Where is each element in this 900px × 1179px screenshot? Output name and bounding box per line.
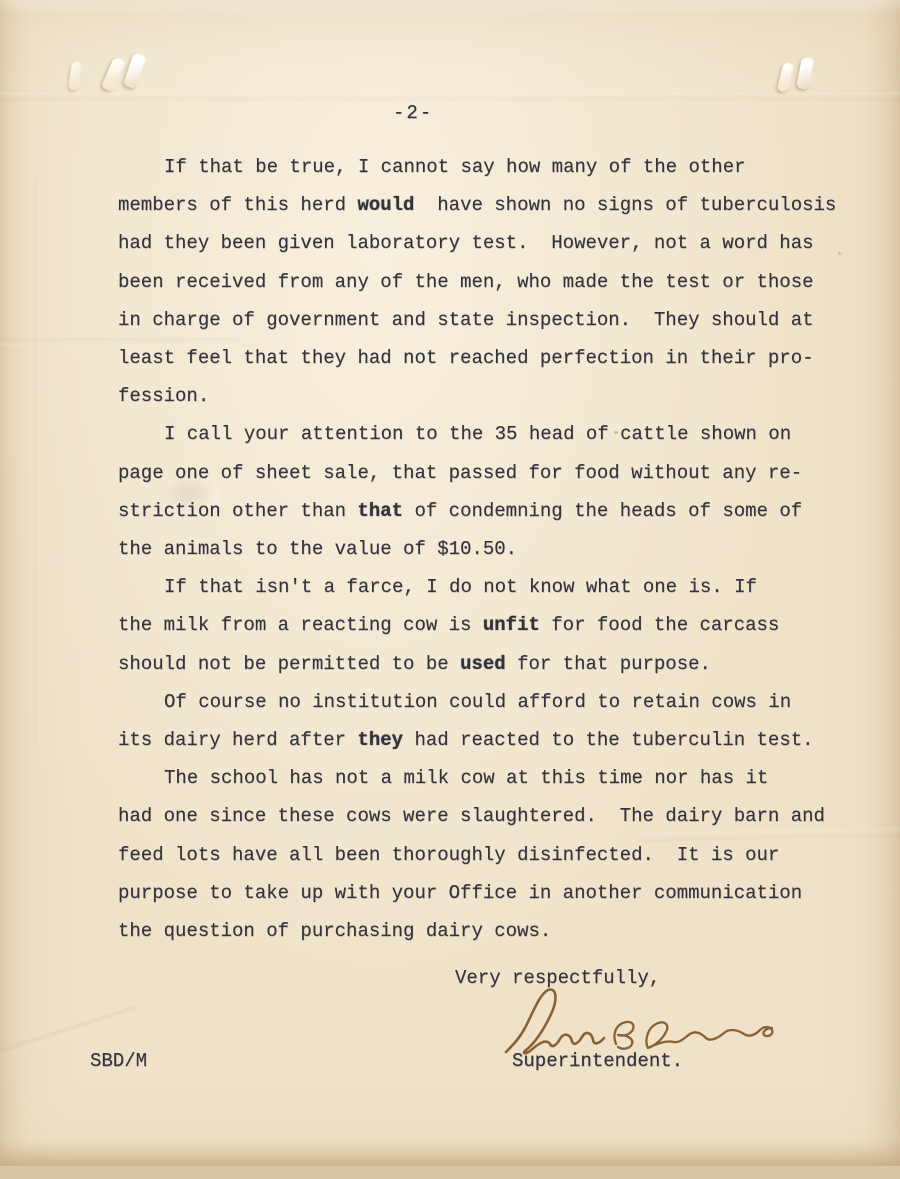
text-line: If that be true, I cannot say how many o… [118,148,878,186]
letter-body: If that be true, I cannot say how many o… [118,148,878,950]
text-segment: purpose to take up with your Office in a… [118,882,802,904]
text-line: least feel that they had not reached per… [118,339,878,377]
overstruck-word: used [460,653,506,675]
text-line: I call your attention to the 35 head of … [118,415,878,453]
text-segment: fession. [118,385,209,407]
paragraph: If that be true, I cannot say how many o… [118,148,878,415]
overstruck-word: that [357,500,403,522]
text-segment: had they been given laboratory test. How… [118,232,814,254]
text-segment: for food the carcass [540,614,779,636]
text-line: should not be permitted to be used for t… [118,645,878,683]
text-line: had one since these cows were slaughtere… [118,797,878,835]
text-segment: had one since these cows were slaughtere… [118,805,825,827]
paragraph: If that isn't a farce, I do not know wha… [118,568,878,683]
overstruck-word: they [357,729,403,751]
text-segment: its dairy herd after [118,729,357,751]
paragraph: Of course no institution could afford to… [118,683,878,759]
text-segment: The school has not a milk cow at this ti… [164,767,768,789]
paragraph: The school has not a milk cow at this ti… [118,759,878,950]
text-line: The school has not a milk cow at this ti… [118,759,878,797]
text-segment: striction other than [118,500,357,522]
text-line: its dairy herd after they had reacted to… [118,721,878,759]
text-segment: least feel that they had not reached per… [118,347,814,369]
text-line: Of course no institution could afford to… [118,683,878,721]
signer-title: Superintendent. [512,1050,683,1072]
text-segment: of condemning the heads of some of [403,500,802,522]
text-line: the animals to the value of $10.50. [118,530,878,568]
text-line: the milk from a reacting cow is unfit fo… [118,606,878,644]
text-segment: have shown no signs of tuberculosis [414,194,836,216]
text-segment: page one of sheet sale, that passed for … [118,462,802,484]
text-segment: had reacted to the tuberculin test. [403,729,813,751]
text-line: striction other than that of condemning … [118,492,878,530]
text-segment: the question of purchasing dairy cows. [118,920,551,942]
text-line: been received from any of the men, who m… [118,263,878,301]
text-segment: been received from any of the men, who m… [118,271,814,293]
text-segment: in charge of government and state inspec… [118,309,814,331]
paragraph: I call your attention to the 35 head of … [118,415,878,568]
text-line: members of this herd would have shown no… [118,186,878,224]
scanned-letter-page: -2- If that be true, I cannot say how ma… [0,0,900,1179]
text-segment: Of course no institution could afford to… [164,691,791,713]
overstruck-word: would [357,194,414,216]
text-segment: for that purpose. [506,653,711,675]
text-segment: the milk from a reacting cow is [118,614,483,636]
text-segment: If that isn't a farce, I do not know wha… [164,576,757,598]
overstruck-word: unfit [483,614,540,636]
text-segment: the animals to the value of $10.50. [118,538,517,560]
page-number: -2- [393,102,433,124]
text-line: in charge of government and state inspec… [118,301,878,339]
text-line: had they been given laboratory test. How… [118,224,878,262]
text-line: If that isn't a farce, I do not know wha… [118,568,878,606]
text-segment: If that be true, I cannot say how many o… [164,156,746,178]
text-line: feed lots have all been thoroughly disin… [118,836,878,874]
typist-initials: SBD/M [90,1050,147,1072]
text-segment: feed lots have all been thoroughly disin… [118,844,779,866]
text-line: purpose to take up with your Office in a… [118,874,878,912]
text-line: the question of purchasing dairy cows. [118,912,878,950]
text-segment: I call your attention to the 35 head of … [164,423,791,445]
text-segment: should not be permitted to be [118,653,460,675]
text-line: fession. [118,377,878,415]
text-line: page one of sheet sale, that passed for … [118,454,878,492]
text-segment: members of this herd [118,194,357,216]
